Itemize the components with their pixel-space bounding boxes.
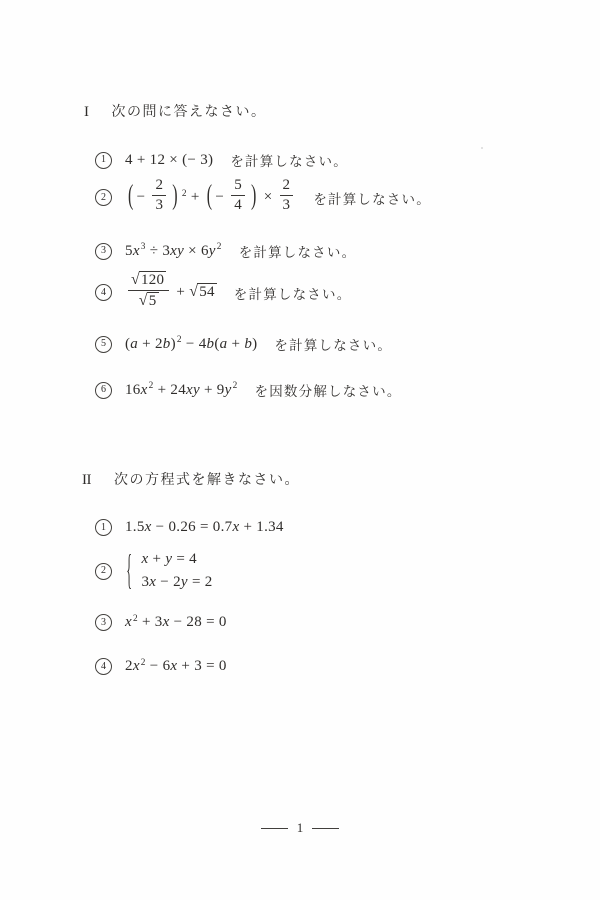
question-2-3: 3 x2 + 3x − 28 = 0 bbox=[95, 614, 227, 631]
math-sup: 3 bbox=[141, 242, 146, 252]
math-frac: 23 bbox=[152, 177, 166, 215]
question-number-badge: 1 bbox=[95, 152, 112, 169]
math-tx: 5 bbox=[125, 243, 133, 259]
math-tx: − 6 bbox=[146, 658, 171, 674]
math-tx: + 24 bbox=[154, 382, 186, 398]
question-instruction: を計算しなさい。 bbox=[230, 150, 348, 170]
section-1-heading: I 次の問に答えなさい。 bbox=[84, 101, 267, 121]
page-number: 1 bbox=[297, 820, 304, 836]
math-it: x bbox=[145, 519, 152, 535]
math-it: y bbox=[181, 574, 188, 590]
question-formula: (a + 2b)2 − 4b(a + b) bbox=[125, 336, 257, 353]
math-big: ( bbox=[207, 181, 213, 213]
math-tx: + bbox=[148, 551, 165, 567]
math-tx: + 9 bbox=[200, 382, 225, 398]
question-1-1: 1 4 + 12 × (− 3) を計算しなさい。 bbox=[95, 150, 348, 170]
math-tx: − bbox=[137, 189, 150, 205]
section-1-instruction: 次の問に答えなさい。 bbox=[112, 101, 267, 121]
math-tx: − 4 bbox=[182, 336, 207, 352]
math-tx: ) bbox=[171, 336, 176, 352]
math-tx: 4 + 12 × (− 3) bbox=[125, 152, 213, 168]
question-instruction: を計算しなさい。 bbox=[239, 241, 357, 261]
question-number-badge: 2 bbox=[95, 189, 112, 206]
question-formula: 1.5x − 0.26 = 0.7x + 1.34 bbox=[125, 519, 284, 536]
question-number-badge: 4 bbox=[95, 284, 112, 301]
math-frac: √120√5 bbox=[128, 271, 169, 311]
math-tx: + bbox=[227, 336, 244, 352]
exam-page: I 次の問に答えなさい。 1 4 + 12 × (− 3) を計算しなさい。 2… bbox=[0, 0, 600, 900]
math-sup: 2 bbox=[141, 658, 146, 668]
math-tx: 3 bbox=[283, 197, 291, 213]
math-sup: 2 bbox=[133, 614, 138, 624]
math-tx: − 2 bbox=[156, 574, 181, 590]
question-formula: {x + y = 43x − 2y = 2 bbox=[125, 551, 213, 591]
math-tx: = 2 bbox=[188, 574, 213, 590]
math-tx: + bbox=[187, 189, 204, 205]
question-formula: 5x3 ÷ 3xy × 6y2 bbox=[125, 243, 222, 260]
question-number-badge: 3 bbox=[95, 614, 112, 631]
math-sup: 2 bbox=[149, 381, 154, 391]
math-sup: 2 bbox=[182, 189, 187, 199]
section-2-numeral: II bbox=[82, 472, 91, 489]
math-tx: × bbox=[260, 189, 277, 205]
question-2-1: 1 1.5x − 0.26 = 0.7x + 1.34 bbox=[95, 519, 284, 536]
math-tx: × 6 bbox=[184, 243, 209, 259]
math-sqrt: √5 bbox=[139, 293, 159, 309]
math-it: x bbox=[133, 243, 140, 259]
math-tx: + 1.34 bbox=[239, 519, 283, 535]
question-instruction: を計算しなさい。 bbox=[313, 188, 431, 208]
math-it: y bbox=[225, 382, 232, 398]
question-number-badge: 6 bbox=[95, 382, 112, 399]
question-instruction: を因数分解しなさい。 bbox=[255, 380, 402, 400]
math-tx: 4 bbox=[234, 197, 242, 213]
math-sqrt: √120 bbox=[131, 272, 166, 288]
math-tx: 3 bbox=[155, 197, 163, 213]
math-it: b bbox=[163, 336, 171, 352]
math-sup: 2 bbox=[233, 381, 238, 391]
math-tx: + 3 bbox=[138, 614, 163, 630]
question-formula: 4 + 12 × (− 3) bbox=[125, 152, 213, 169]
question-formula: 16x2 + 24xy + 9y2 bbox=[125, 382, 238, 399]
math-it: a bbox=[130, 336, 138, 352]
question-formula: 2x2 − 6x + 3 = 0 bbox=[125, 658, 227, 675]
scan-artifact-dot bbox=[481, 147, 483, 149]
math-sup: 2 bbox=[177, 335, 182, 345]
question-1-5: 5 (a + 2b)2 − 4b(a + b) を計算しなさい。 bbox=[95, 334, 392, 354]
math-tx: 2 bbox=[155, 177, 163, 193]
math-big: ) bbox=[251, 181, 257, 213]
math-it: x bbox=[163, 614, 170, 630]
question-number-badge: 1 bbox=[95, 519, 112, 536]
question-formula: √120√5 + √54 bbox=[125, 273, 217, 313]
math-tx: 1.5 bbox=[125, 519, 145, 535]
math-tx: 16 bbox=[125, 382, 141, 398]
math-sup: 2 bbox=[217, 242, 222, 252]
question-1-2: 2 (− 23)2 + (− 54) × 23 を計算しなさい。 bbox=[95, 179, 431, 217]
question-instruction: を計算しなさい。 bbox=[274, 334, 392, 354]
math-frac: 23 bbox=[280, 177, 294, 215]
math-tx: + bbox=[172, 284, 189, 300]
math-tx: − 0.26 = 0.7 bbox=[152, 519, 233, 535]
math-it: b bbox=[244, 336, 252, 352]
math-tx: = 4 bbox=[172, 551, 197, 567]
question-1-6: 6 16x2 + 24xy + 9y2 を因数分解しなさい。 bbox=[95, 380, 402, 400]
math-it: y bbox=[209, 243, 216, 259]
math-frac: 54 bbox=[231, 177, 245, 215]
math-it: x bbox=[125, 614, 132, 630]
math-tx: 2 bbox=[125, 658, 133, 674]
math-tx: − bbox=[215, 189, 228, 205]
math-tx: 5 bbox=[234, 177, 242, 193]
math-it: xy bbox=[186, 382, 200, 398]
math-tx: − 28 = 0 bbox=[170, 614, 227, 630]
math-sys: {x + y = 43x − 2y = 2 bbox=[125, 551, 213, 591]
question-formula: (− 23)2 + (− 54) × 23 bbox=[125, 179, 296, 217]
question-formula: x2 + 3x − 28 = 0 bbox=[125, 614, 227, 631]
question-1-4: 4 √120√5 + √54 を計算しなさい。 bbox=[95, 273, 351, 313]
math-it: x bbox=[141, 382, 148, 398]
question-1-3: 3 5x3 ÷ 3xy × 6y2 を計算しなさい。 bbox=[95, 241, 356, 261]
math-tx: ÷ 3 bbox=[146, 243, 170, 259]
math-sqrt: √54 bbox=[189, 284, 217, 300]
question-2-4: 4 2x2 − 6x + 3 = 0 bbox=[95, 658, 227, 675]
footer-dash-right bbox=[312, 828, 339, 829]
math-big: ( bbox=[128, 181, 134, 213]
page-footer: 1 bbox=[0, 820, 600, 836]
math-tx: + 2 bbox=[138, 336, 163, 352]
footer-dash-left bbox=[261, 828, 288, 829]
math-it: x bbox=[133, 658, 140, 674]
question-instruction: を計算しなさい。 bbox=[234, 283, 352, 303]
math-tx: ) bbox=[252, 336, 257, 352]
question-number-badge: 4 bbox=[95, 658, 112, 675]
math-it: xy bbox=[170, 243, 184, 259]
question-2-2: 2 {x + y = 43x − 2y = 2 bbox=[95, 551, 213, 591]
section-1-numeral: I bbox=[84, 104, 89, 121]
section-2-instruction: 次の方程式を解きなさい。 bbox=[114, 469, 300, 489]
math-tx: + 3 = 0 bbox=[177, 658, 226, 674]
question-number-badge: 2 bbox=[95, 563, 112, 580]
question-number-badge: 3 bbox=[95, 243, 112, 260]
math-big: ) bbox=[172, 181, 178, 213]
question-number-badge: 5 bbox=[95, 336, 112, 353]
math-tx: 2 bbox=[283, 177, 291, 193]
section-2-heading: II 次の方程式を解きなさい。 bbox=[82, 469, 300, 489]
